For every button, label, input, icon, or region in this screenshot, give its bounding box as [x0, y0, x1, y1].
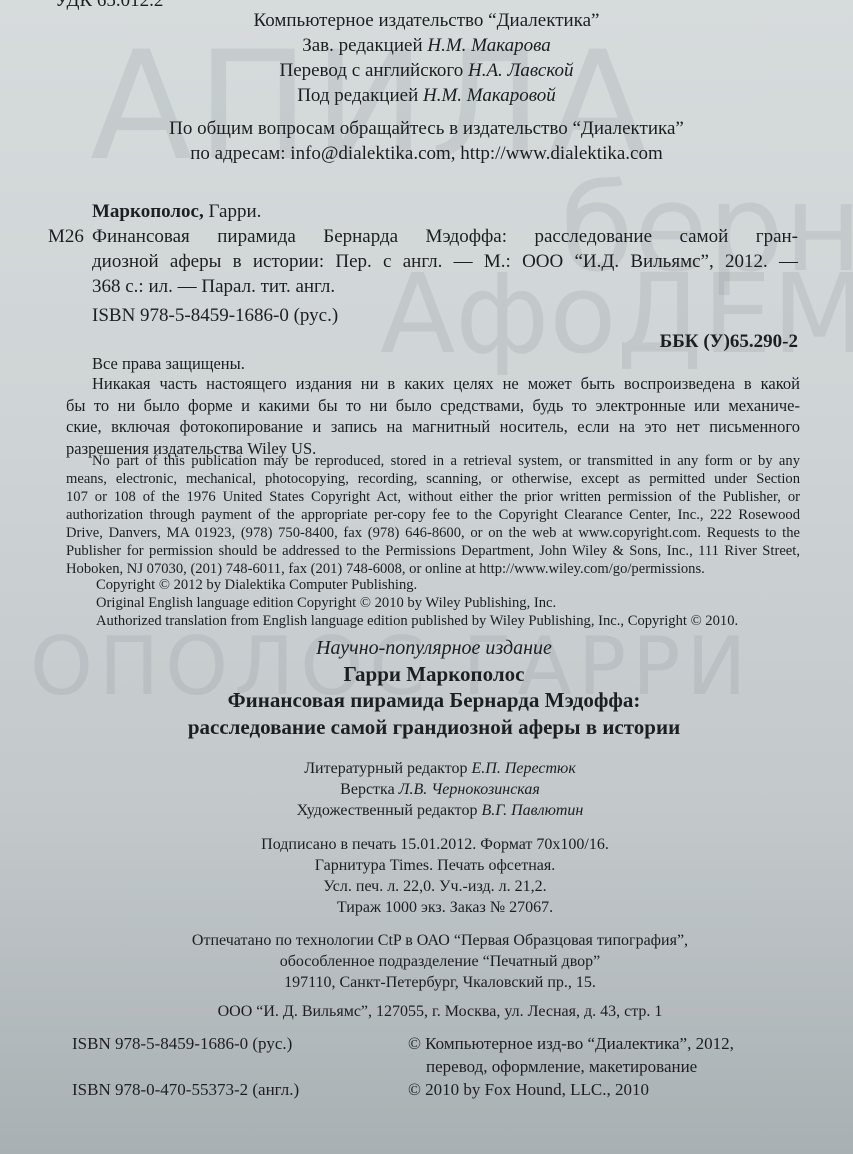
editor-name: Н.М. Макаровой — [423, 85, 556, 106]
print-info-line: Тираж 1000 экз. Заказ № 27067. — [0, 899, 853, 917]
credit-layout: Верстка Л.В. Чернокозинская — [0, 781, 853, 799]
print-info-line: Подписано в печать 15.01.2012. Формат 70… — [0, 836, 853, 854]
publisher-name: Компьютерное издательство “Диалектика” — [0, 8, 853, 33]
catalog-isbn: ISBN 978-5-8459-1686-0 (рус.) — [92, 303, 338, 328]
print-info-line: Усл. печ. л. 22,0. Уч.-изд. л. 21,2. — [0, 878, 853, 896]
isbn-russian: ISBN 978-5-8459-1686-0 (рус.) — [72, 1034, 292, 1054]
translator-name: Н.А. Лавской — [468, 60, 574, 81]
catalog-line: 368 с.: ил. — Парал. тит. англ. — [92, 274, 335, 299]
catalog-code: М26 — [48, 224, 84, 249]
translator-line: Перевод с английского Н.А. Лавской — [0, 58, 853, 83]
editor-line: Под редакцией Н.М. Макаровой — [0, 83, 853, 108]
printer-line: 197110, Санкт-Петербург, Чкаловский пр.,… — [0, 974, 853, 992]
isbn-english: ISBN 978-0-470-55373-2 (англ.) — [72, 1080, 299, 1100]
rights-paragraph: Никакая часть настоящего издания ни в ка… — [66, 373, 800, 459]
copyright-english: © 2010 by Fox Hound, LLC., 2010 — [408, 1080, 649, 1100]
contact-line-1: По общим вопросам обращайтесь в издатель… — [0, 116, 853, 141]
print-info-line: Гарнитура Times. Печать офсетная. — [0, 857, 853, 875]
catalog-line: диозной аферы в истории: Пер. с англ. — … — [92, 249, 798, 274]
catalog-line: Финансовая пирамида Бернарда Мэдоффа: ра… — [92, 224, 798, 249]
book-author: Гарри Маркополос — [0, 662, 853, 687]
chief-editor-name: Н.М. Макарова — [427, 35, 550, 56]
copyright-russian: © Компьютерное изд-во “Диалектика”, 2012… — [408, 1034, 734, 1054]
chief-editor-line: Зав. редакцией Н.М. Макарова — [0, 33, 853, 58]
genre: Научно-популярное издание — [0, 637, 853, 660]
credit-literary-editor: Литературный редактор Е.П. Перестюк — [0, 760, 853, 778]
copyright-notices: Copyright © 2012 by Dialektika Computer … — [96, 576, 816, 630]
copyright-russian-scope: перевод, оформление, макетирование — [426, 1057, 697, 1077]
rights-english-paragraph: No part of this publication may be repro… — [66, 452, 800, 578]
printer-line: обособленное подразделение “Печатный дво… — [0, 953, 853, 971]
credit-art-editor: Художественный редактор В.Г. Павлютин — [0, 802, 853, 820]
book-title-line-1: Финансовая пирамида Бернарда Мэдоффа: — [0, 688, 853, 713]
printer-line: Отпечатано по технологии CtP в ОАО “Перв… — [0, 932, 853, 950]
rights-heading: Все права защищены. — [92, 354, 245, 374]
book-title-line-2: расследование самой грандиозной аферы в … — [0, 715, 853, 740]
bbk-code: ББК (У)65.290-2 — [660, 329, 798, 354]
publisher-address: ООО “И. Д. Вильямс”, 127055, г. Москва, … — [0, 1003, 853, 1021]
contact-line-2: по адресам: info@dialektika.com, http://… — [0, 141, 853, 166]
catalog-author: Маркополос, Гарри. — [92, 199, 261, 224]
